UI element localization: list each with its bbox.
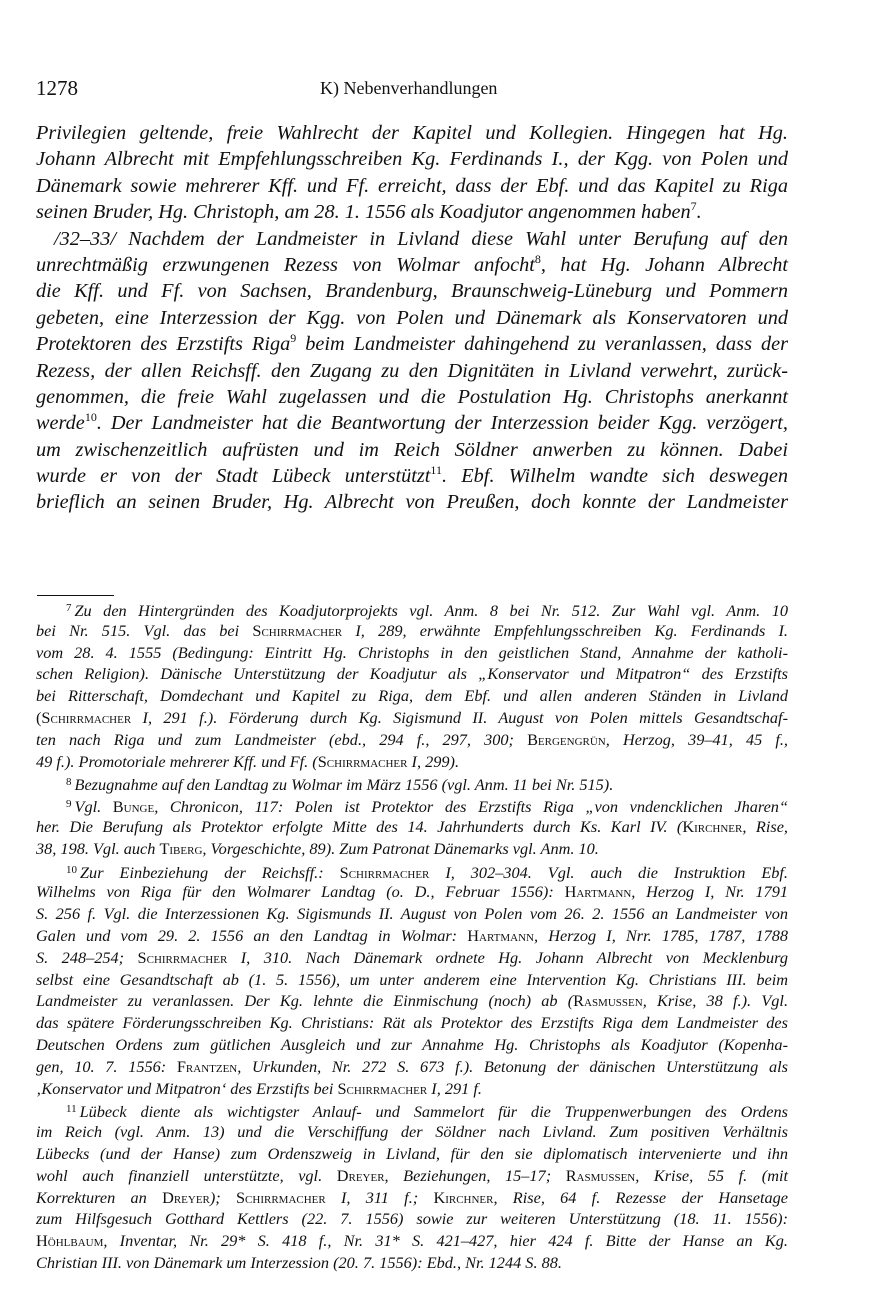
text-span: , Chronicon, 117: Polen ist Protektor de… (154, 797, 788, 816)
text-line: Höhlbaum, Inventar, Nr. 29* S. 418 f., N… (36, 1230, 788, 1252)
author-name: Schirrmacher (338, 1079, 428, 1098)
text-line: Dänemark sowie mehrerer Kff. und Ff. err… (36, 173, 788, 199)
text-line: Christian III. von Dänemark um Interzess… (36, 1252, 788, 1274)
author-name: Dreyer (162, 1188, 210, 1207)
text-span: I, 291 f. (427, 1079, 482, 1098)
text-line: wohl auch finanziell unterstützte, vgl. … (36, 1165, 788, 1187)
text-line: genommen, die freie Wahl zugelassen und … (36, 384, 788, 410)
text-line: ten nach Riga und zum Landmeister (ebd.,… (36, 729, 788, 751)
text-span: , Rise, (742, 817, 788, 836)
text-span: Lübeck diente als wichtigster Anlauf- un… (80, 1102, 788, 1121)
text-span: I, 311 f.; (326, 1188, 434, 1207)
running-head: K) Nebenverhandlungen (320, 78, 497, 99)
text-span: , Vorgeschichte, 89). Zum Patronat Dänem… (202, 839, 598, 858)
text-span: , Krise, 38 f.). Vgl. (643, 991, 788, 1010)
text-span: her. Die Berufung als Protektor erfolgte… (36, 817, 682, 836)
text-line: das spätere Förderungsschreiben Kg. Chri… (36, 1012, 788, 1034)
footnotes: 7Zu den Hintergründen des Koadjutorproje… (36, 598, 788, 1274)
author-name: Schirrmacher (41, 708, 131, 727)
text-line: Deutschen Ordens zum gütlichen Ausgleich… (36, 1034, 788, 1056)
text-span: . (697, 201, 702, 223)
text-span: , Krise, 55 f. (mit (635, 1166, 788, 1185)
text-line: Wilhelms von Riga für den Wolmarer Landt… (36, 881, 788, 903)
footnote-10: 10Zur Einbeziehung der Reichsff.: Schirr… (36, 860, 788, 882)
text-line: Korrekturen an Dreyer); Schirrmacher I, … (36, 1187, 788, 1209)
author-name: Kirchner (433, 1188, 493, 1207)
text-span: seinen Bruder, Hg. Christoph, am 28. 1. … (36, 201, 691, 223)
author-name: Schirrmacher (236, 1188, 326, 1207)
text-span: , Urkunden, Nr. 272 S. 673 f.). Betonung… (237, 1057, 788, 1076)
author-name: Hartmann (565, 882, 632, 901)
text-span: gen, 10. 7. 1556: (36, 1057, 177, 1076)
text-line: brieflich an seinen Bruder, Hg. Albrecht… (36, 489, 788, 515)
text-span: . Der Landmeister hat die Beantwortung d… (97, 412, 788, 434)
text-span: S. 248–254; (36, 948, 138, 967)
text-line: S. 248–254; Schirrmacher I, 310. Nach Dä… (36, 947, 788, 969)
text-span: Zur Einbeziehung der Reichsff.: (80, 863, 340, 882)
text-span: Wilhelms von Riga für den Wolmarer Landt… (36, 882, 565, 901)
author-name: Höhlbaum (36, 1231, 103, 1250)
author-name: Kirchner (682, 817, 742, 836)
text-line: wurde er von der Stadt Lübeck unterstütz… (36, 463, 788, 489)
text-span: , Herzog I, Nrr. 1785, 1787, 1788 (534, 926, 788, 945)
text-span: bei Nr. 515. Vgl. das bei (36, 621, 252, 640)
text-line: im Reich (vgl. Anm. 13) und die Verschif… (36, 1121, 788, 1143)
text-line: Landmeister zu veranlassen. Der Kg. lehn… (36, 990, 788, 1012)
text-span: beim Landmeister dahingehend zu veranlas… (296, 333, 788, 355)
text-span: ten nach Riga und zum Landmeister (ebd.,… (36, 730, 527, 749)
footnote-11: 11Lübeck diente als wichtigster Anlauf- … (36, 1099, 788, 1121)
text-line: schen Religion). Dänische Unterstützung … (36, 663, 788, 685)
text-span: Vgl. (75, 797, 113, 816)
text-line: Lübecks (und der Hanse) zum Ordenszweig … (36, 1143, 788, 1165)
footnote-7: 7Zu den Hintergründen des Koadjutorproje… (36, 598, 788, 620)
text-line: her. Die Berufung als Protektor erfolgte… (36, 816, 788, 838)
text-line: gebeten, eine Interzession der Kgg. von … (36, 305, 788, 331)
page-header: 1278 K) Nebenverhandlungen (36, 76, 791, 106)
footnote-ref-11[interactable]: 11 (430, 463, 442, 477)
text-line: 49 f.). Promotoriale mehrerer Kff. und F… (36, 751, 788, 773)
text-span: I, 289, erwähnte Empfehlungsschreiben Kg… (342, 621, 788, 640)
text-line: um zwischenzeitlich aufrüsten und im Rei… (36, 437, 788, 463)
text-span: , Beziehungen, 15–17; (385, 1166, 566, 1185)
text-span: Bezugnahme auf den Landtag zu Wolmar im … (75, 775, 614, 794)
author-name: Rasmussen (573, 991, 643, 1010)
text-line: unrechtmäßig erzwungenen Rezess von Wolm… (36, 252, 788, 278)
text-line: S. 256 f. Vgl. die Interzessionen Kg. Si… (36, 903, 788, 925)
text-span: wurde er von der Stadt Lübeck unterstütz… (36, 465, 430, 487)
text-line: /32–33/ Nachdem der Landmeister in Livla… (36, 226, 788, 252)
text-span: Korrekturen an (36, 1188, 162, 1207)
author-name: Tiberg (159, 839, 202, 858)
text-span: unrechtmäßig erzwungenen Rezess von Wolm… (36, 254, 535, 276)
text-span: Galen und vom 29. 2. 1556 an den Landtag… (36, 926, 467, 945)
text-line: Galen und vom 29. 2. 1556 an den Landtag… (36, 925, 788, 947)
text-span: , Herzog, 39–41, 45 f., (606, 730, 788, 749)
author-name: Hartmann (467, 926, 534, 945)
footnote-number: 10 (66, 864, 77, 876)
text-line: Johann Albrecht mit Empfehlungsschreiben… (36, 146, 788, 172)
text-span: 49 f.). Promotoriale mehrerer Kff. und F… (36, 752, 318, 771)
page-number: 1278 (36, 76, 78, 101)
text-line: Privilegien geltende, freie Wahlrecht de… (36, 120, 788, 146)
author-name: Schirrmacher (138, 948, 228, 967)
footnote-8: 8Bezugnahme auf den Landtag zu Wolmar im… (36, 772, 788, 794)
text-line: 38, 198. Vgl. auch Tiberg, Vorgeschichte… (36, 838, 788, 860)
text-line: die Kff. und Ff. von Sachsen, Brandenbur… (36, 278, 788, 304)
text-span: ); (210, 1188, 236, 1207)
text-line: vom 28. 4. 1555 (Bedingung: Eintritt Hg.… (36, 642, 788, 664)
text-span: , Rise, 64 f. Rezesse der Hansetage (493, 1188, 788, 1207)
text-span: . Ebf. Wilhelm wandte sich deswegen (442, 465, 788, 487)
text-span: , Herzog I, Nr. 1791 (631, 882, 788, 901)
text-span: I, 302–304. Vgl. auch die Instruktion Eb… (429, 863, 788, 882)
text-line: ‚Konservator und Mitpatron‘ des Erzstift… (36, 1078, 788, 1100)
footnote-9: 9Vgl. Bunge, Chronicon, 117: Polen ist P… (36, 794, 788, 816)
text-span: 38, 198. Vgl. auch (36, 839, 159, 858)
footnote-number: 9 (66, 798, 72, 810)
text-span: Zu den Hintergründen des Koadjutorprojek… (75, 601, 789, 620)
footnote-number: 8 (66, 776, 72, 788)
text-line: gen, 10. 7. 1556: Frantzen, Urkunden, Nr… (36, 1056, 788, 1078)
text-span: I, 310. Nach Dänemark ordnete Hg. Johann… (227, 948, 788, 967)
author-name: Bunge (113, 797, 154, 816)
text-line: Rezess, der allen Reichsff. den Zugang z… (36, 358, 788, 384)
text-span: , hat Hg. Johann Albrecht (541, 254, 788, 276)
author-name: Dreyer (337, 1166, 385, 1185)
author-name: Rasmussen (566, 1166, 636, 1185)
text-span: werde (36, 412, 85, 434)
text-line: seinen Bruder, Hg. Christoph, am 28. 1. … (36, 199, 788, 225)
main-text: Privilegien geltende, freie Wahlrecht de… (36, 120, 788, 516)
author-name: Frantzen (177, 1057, 237, 1076)
text-line: bei Nr. 515. Vgl. das bei Schirrmacher I… (36, 620, 788, 642)
text-line: Protektoren des Erzstifts Riga9 beim Lan… (36, 331, 788, 357)
text-span: I, 291 f.). Förderung durch Kg. Sigismun… (131, 708, 788, 727)
author-name: Schirrmacher (252, 621, 342, 640)
footnote-separator (37, 595, 114, 596)
footnote-number: 7 (66, 602, 72, 614)
text-line: zum Hilfsgesuch Gotthard Kettlers (22. 7… (36, 1208, 788, 1230)
author-name: Bergengrün (527, 730, 606, 749)
text-span: ‚Konservator und Mitpatron‘ des Erzstift… (36, 1079, 338, 1098)
text-line: selbst eine Gesandtschaft ab (1. 5. 1556… (36, 969, 788, 991)
text-line: werde10. Der Landmeister hat die Beantwo… (36, 410, 788, 436)
text-span: , Inventar, Nr. 29* S. 418 f., Nr. 31* S… (103, 1231, 788, 1250)
text-span: I, 299). (407, 752, 459, 771)
author-name: Schirrmacher (318, 752, 408, 771)
text-line: (Schirrmacher I, 291 f.). Förderung durc… (36, 707, 788, 729)
text-span: Landmeister zu veranlassen. Der Kg. lehn… (36, 991, 573, 1010)
footnote-ref-10[interactable]: 10 (85, 410, 97, 424)
text-span: Protektoren des Erzstifts Riga (36, 333, 290, 355)
text-line: bei Ritterschaft, Domdechant und Kapitel… (36, 685, 788, 707)
author-name: Schirrmacher (340, 863, 430, 882)
text-span: wohl auch finanziell unterstützte, vgl. (36, 1166, 337, 1185)
footnote-number: 11 (66, 1103, 77, 1115)
